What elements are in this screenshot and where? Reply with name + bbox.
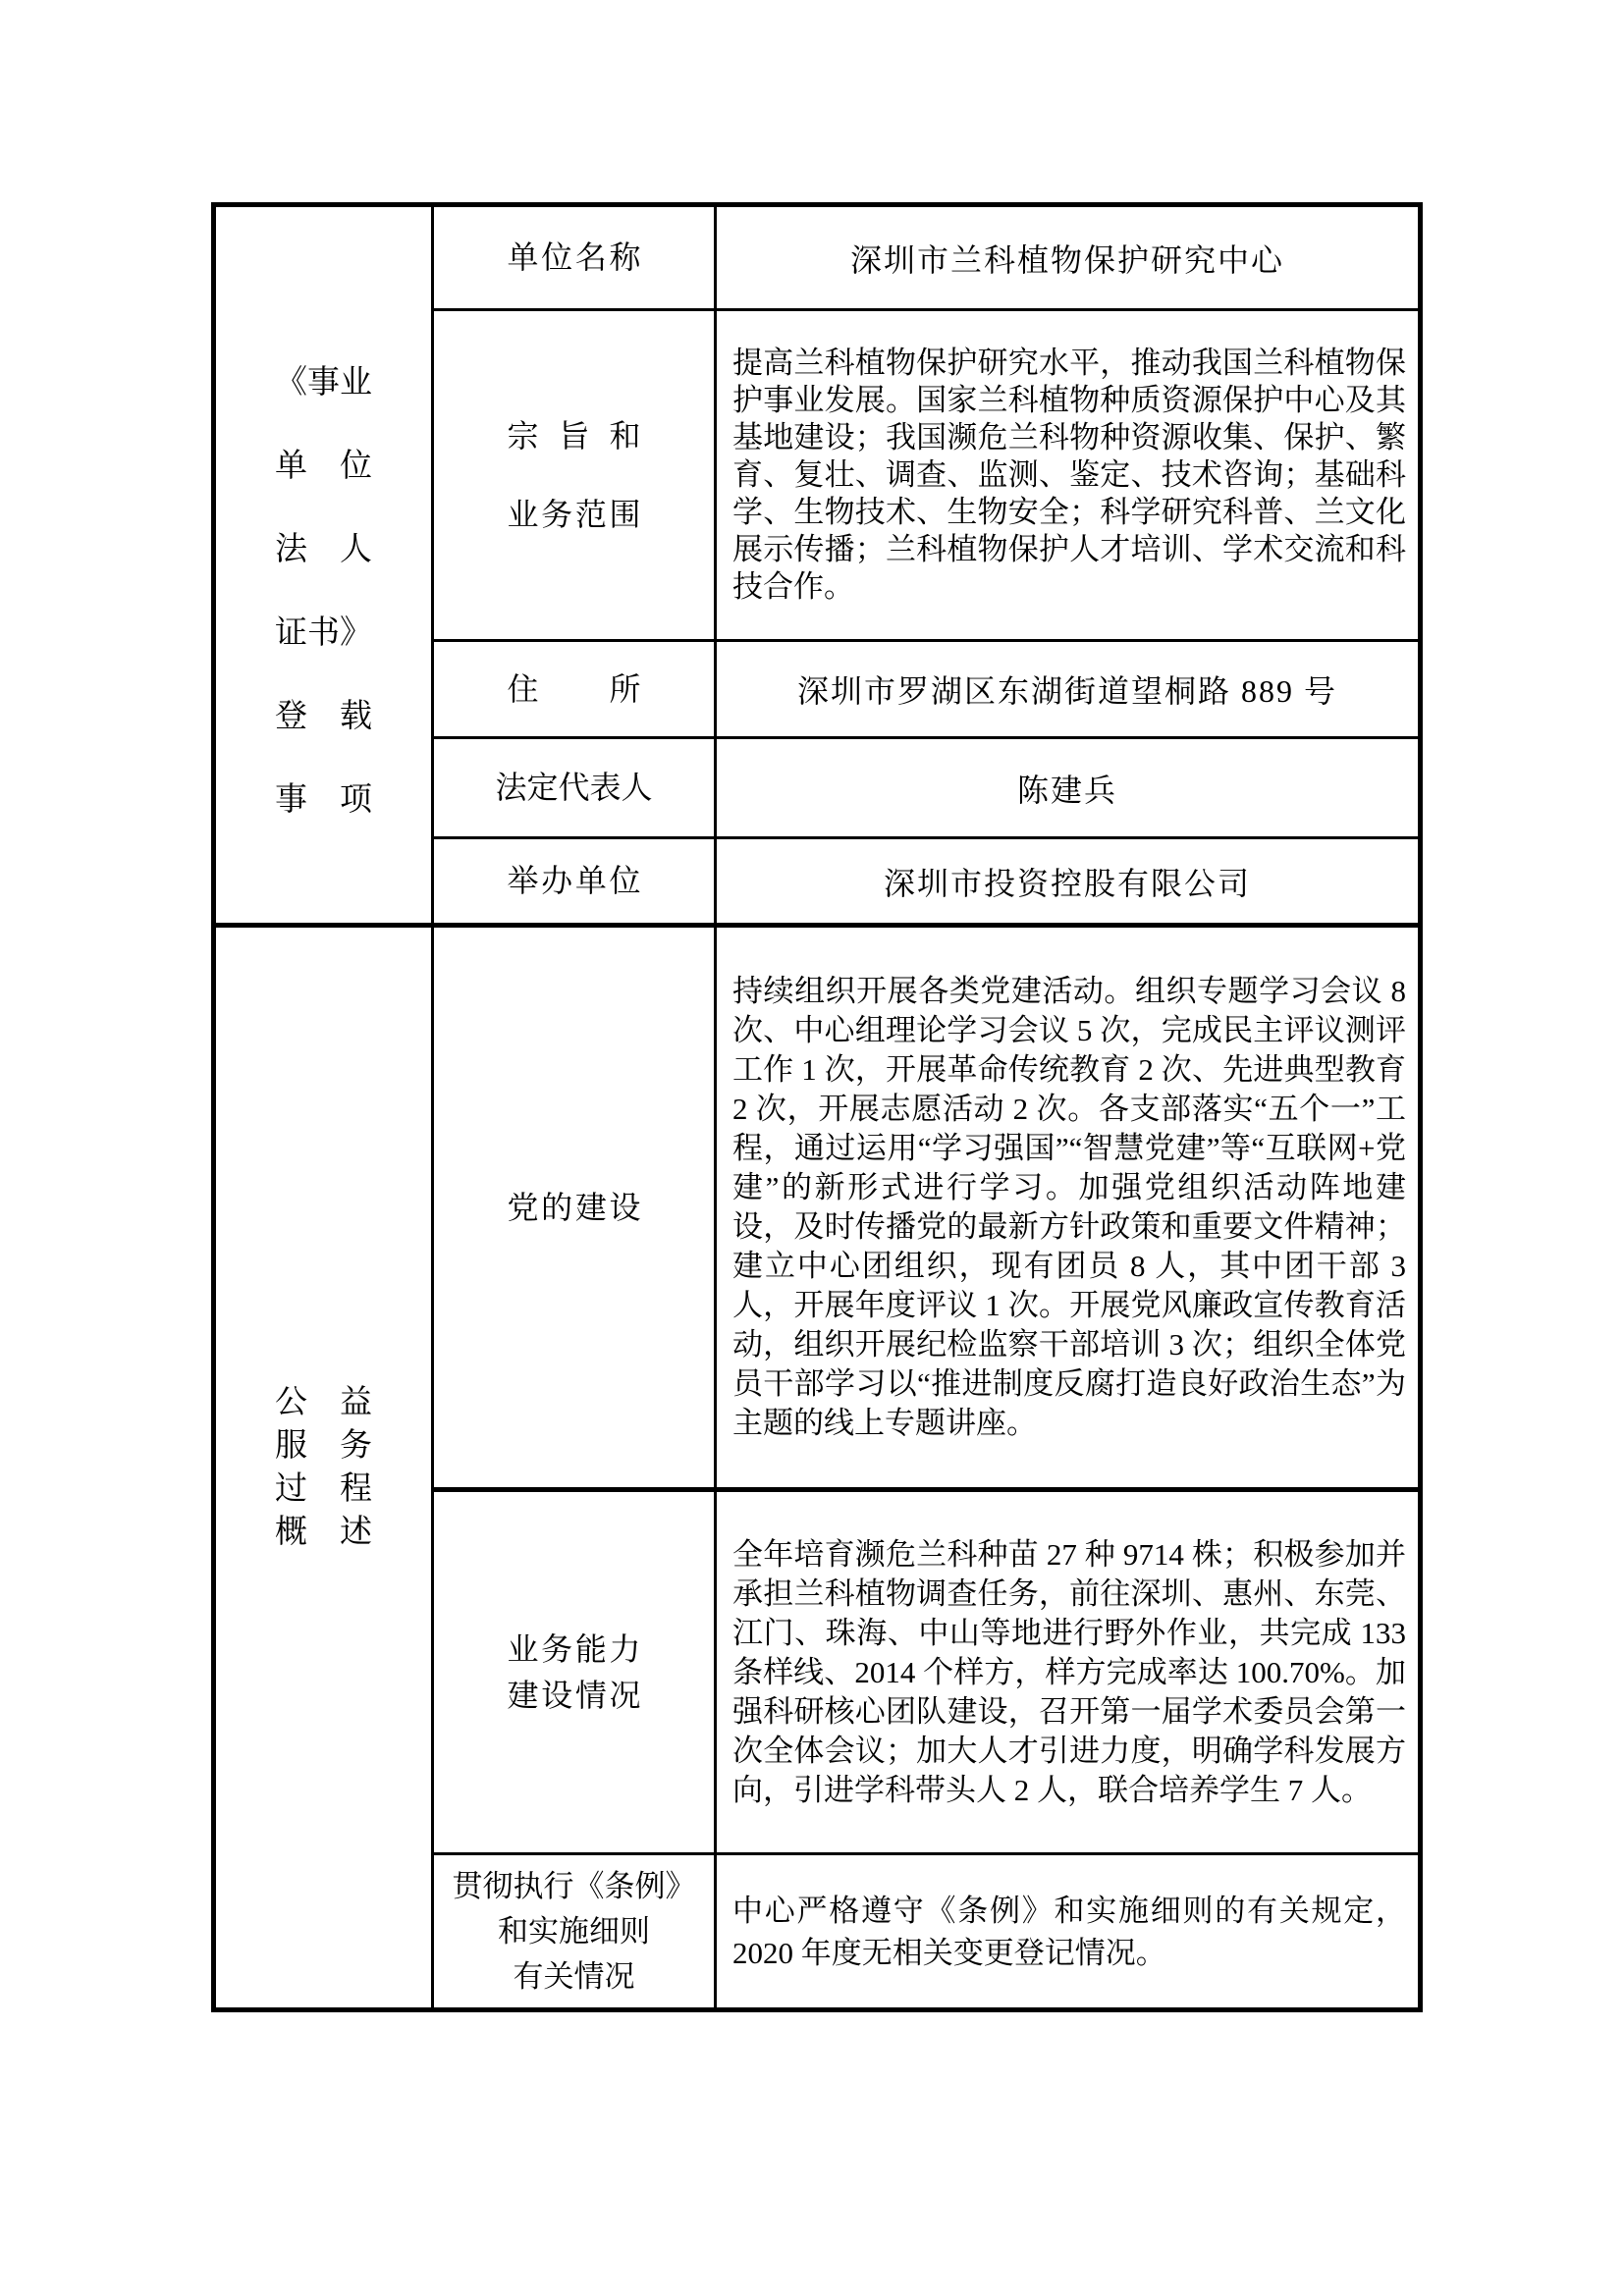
address-label: 住所 (508, 673, 641, 706)
legal-representative-label-cell: 法定代表人 (434, 739, 717, 836)
certificate-items-side-header: 《事业 单 位 法 人 证书》 登 载 事 项 (275, 367, 372, 817)
regulation-compliance-label-line: 有关情况 (514, 1960, 635, 1993)
unit-name-row: 单位名称 深圳市兰科植物保护研究中心 (434, 207, 1418, 311)
legal-representative-value: 陈建兵 (717, 739, 1418, 836)
regulation-compliance-value: 中心严格遵守《条例》和实施细则的有关规定，2020 年度无相关变更登记情况。 (732, 1890, 1406, 1974)
side-header-line: 概 述 (275, 1517, 372, 1549)
unit-name-label-cell: 单位名称 (434, 207, 717, 308)
purpose-scope-row: 宗旨和 业务范围 提高兰科植物保护研究水平，推动我国兰科植物保护事业发展。国家兰… (434, 311, 1418, 642)
address-value: 深圳市罗湖区东湖街道望桐路 889 号 (717, 642, 1418, 736)
side-header-line: 公 益 (275, 1387, 372, 1419)
regulation-compliance-label-line: 贯彻执行《条例》 (453, 1870, 696, 1902)
capability-building-label-line: 建设情况 (508, 1680, 641, 1712)
side-header-line: 法 人 (275, 534, 372, 566)
side-header-line: 过 程 (275, 1473, 372, 1506)
registration-table: 《事业 单 位 法 人 证书》 登 载 事 项 单位名称 深圳市兰科植物保护研究… (211, 202, 1423, 2012)
capability-building-label-line: 业务能力 (508, 1633, 641, 1666)
address-row: 住所 深圳市罗湖区东湖街道望桐路 889 号 (434, 642, 1418, 739)
unit-name-value: 深圳市兰科植物保护研究中心 (717, 207, 1418, 308)
purpose-scope-value: 提高兰科植物保护研究水平，推动我国兰科植物保护事业发展。国家兰科植物种质资源保护… (732, 345, 1406, 606)
public-service-rows: 党的建设 持续组织开展各类党建活动。组织专题学习会议 8 次、中心组理论学习会议… (434, 928, 1418, 2007)
side-header-line: 证书》 (275, 617, 372, 650)
sponsor-unit-value: 深圳市投资控股有限公司 (717, 839, 1418, 923)
side-header-line: 单 位 (275, 451, 372, 483)
side-header-line: 事 项 (275, 784, 372, 817)
purpose-scope-label-line: 宗旨和 (508, 420, 641, 453)
certificate-items-side-header-cell: 《事业 单 位 法 人 证书》 登 载 事 项 (216, 207, 434, 923)
legal-representative-row: 法定代表人 陈建兵 (434, 739, 1418, 839)
party-building-row: 党的建设 持续组织开展各类党建活动。组织专题学习会议 8 次、中心组理论学习会议… (434, 928, 1418, 1492)
certificate-items-section: 《事业 单 位 法 人 证书》 登 载 事 项 单位名称 深圳市兰科植物保护研究… (216, 207, 1418, 928)
public-service-side-header: 公 益 服 务 过 程 概 述 (275, 1387, 372, 1549)
sponsor-unit-label: 举办单位 (508, 865, 641, 897)
regulation-compliance-value-cell: 中心严格遵守《条例》和实施细则的有关规定，2020 年度无相关变更登记情况。 (717, 1855, 1418, 2007)
side-header-line: 登 载 (275, 701, 372, 733)
capability-building-value: 全年培育濒危兰科种苗 27 种 9714 株；积极参加并承担兰科植物调查任务，前… (732, 1535, 1406, 1810)
legal-representative-label: 法定代表人 (495, 772, 652, 804)
party-building-value-cell: 持续组织开展各类党建活动。组织专题学习会议 8 次、中心组理论学习会议 5 次，… (717, 928, 1418, 1487)
purpose-scope-label-cell: 宗旨和 业务范围 (434, 311, 717, 639)
public-service-side-header-cell: 公 益 服 务 过 程 概 述 (216, 928, 434, 2007)
party-building-label-cell: 党的建设 (434, 928, 717, 1487)
document-page: 《事业 单 位 法 人 证书》 登 载 事 项 单位名称 深圳市兰科植物保护研究… (0, 0, 1624, 2296)
capability-building-row: 业务能力 建设情况 全年培育濒危兰科种苗 27 种 9714 株；积极参加并承担… (434, 1492, 1418, 1855)
purpose-scope-label-line: 业务范围 (508, 499, 641, 531)
party-building-label: 党的建设 (508, 1192, 641, 1224)
unit-name-label: 单位名称 (508, 241, 641, 274)
party-building-value: 持续组织开展各类党建活动。组织专题学习会议 8 次、中心组理论学习会议 5 次，… (732, 972, 1406, 1443)
sponsor-unit-label-cell: 举办单位 (434, 839, 717, 923)
regulation-compliance-row: 贯彻执行《条例》 和实施细则 有关情况 中心严格遵守《条例》和实施细则的有关规定… (434, 1855, 1418, 2007)
side-header-line: 《事业 (275, 367, 372, 400)
address-label-cell: 住所 (434, 642, 717, 736)
purpose-scope-value-cell: 提高兰科植物保护研究水平，推动我国兰科植物保护事业发展。国家兰科植物种质资源保护… (717, 311, 1418, 639)
public-service-overview-section: 公 益 服 务 过 程 概 述 党的建设 持续组织开展各类党建活动。组织专题学习… (216, 928, 1418, 2007)
capability-building-value-cell: 全年培育濒危兰科种苗 27 种 9714 株；积极参加并承担兰科植物调查任务，前… (717, 1492, 1418, 1852)
capability-building-label-cell: 业务能力 建设情况 (434, 1492, 717, 1852)
side-header-line: 服 务 (275, 1430, 372, 1463)
sponsor-unit-row: 举办单位 深圳市投资控股有限公司 (434, 839, 1418, 923)
regulation-compliance-label-line: 和实施细则 (498, 1915, 650, 1948)
certificate-items-rows: 单位名称 深圳市兰科植物保护研究中心 宗旨和 业务范围 提高兰科植物保护研究水平… (434, 207, 1418, 923)
regulation-compliance-label-cell: 贯彻执行《条例》 和实施细则 有关情况 (434, 1855, 717, 2007)
